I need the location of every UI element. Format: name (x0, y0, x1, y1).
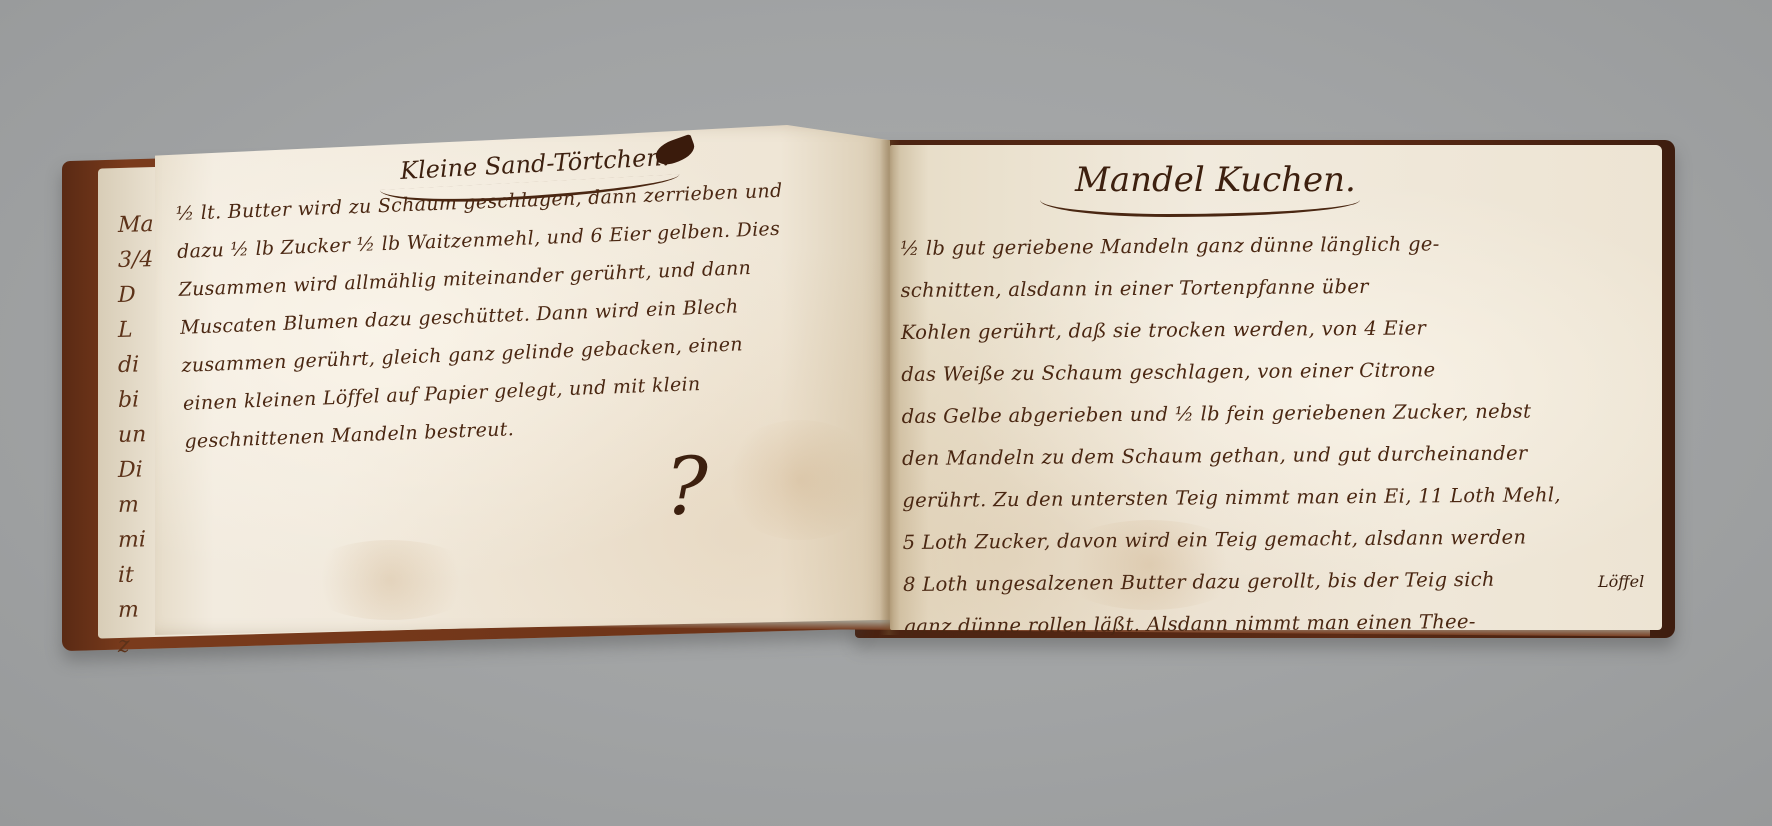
handwritten-line: gerührt. Zu den untersten Teig nimmt man… (902, 474, 1561, 522)
book-gutter (880, 140, 900, 635)
handwritten-line: Kohlen gerührt, daß sie trocken werden, … (901, 306, 1560, 354)
handwritten-line: das Gelbe abgerieben und ½ lb fein gerie… (901, 390, 1560, 438)
handwritten-line: ganz dünne rollen läßt. Alsdann nimmt ma… (903, 600, 1562, 648)
handwritten-line: schnitten, alsdann in einer Tortenpfanne… (900, 264, 1559, 312)
paper-stain (300, 540, 480, 620)
page-catchword: Löffel (1598, 572, 1644, 591)
handwritten-line: 8 Loth ungesalzenen Butter dazu gerollt,… (903, 558, 1562, 606)
handwritten-line: ½ lb gut geriebene Mandeln ganz dünne lä… (900, 222, 1559, 270)
handwritten-line: das Weiße zu Schaum geschlagen, von eine… (901, 348, 1560, 396)
left-page-text: ½ lt. Butter wird zu Schaum geschlagen, … (175, 172, 792, 461)
right-page-text: ½ lb gut geriebene Mandeln ganz dünne lä… (900, 222, 1562, 648)
closing-flourish-mark: ? (665, 440, 708, 533)
right-page-heading: Mandel Kuchen. (1075, 160, 1356, 200)
underlying-page-text-fragments: Ma 3/4 D L di bi un Di m mi it m z (118, 207, 158, 663)
handwritten-line: den Mandeln zu dem Schaum gethan, und gu… (902, 432, 1561, 480)
photo-scene: Ma 3/4 D L di bi un Di m mi it m z Klein… (0, 0, 1772, 826)
handwritten-line: 5 Loth Zucker, davon wird ein Teig gemac… (903, 516, 1562, 564)
